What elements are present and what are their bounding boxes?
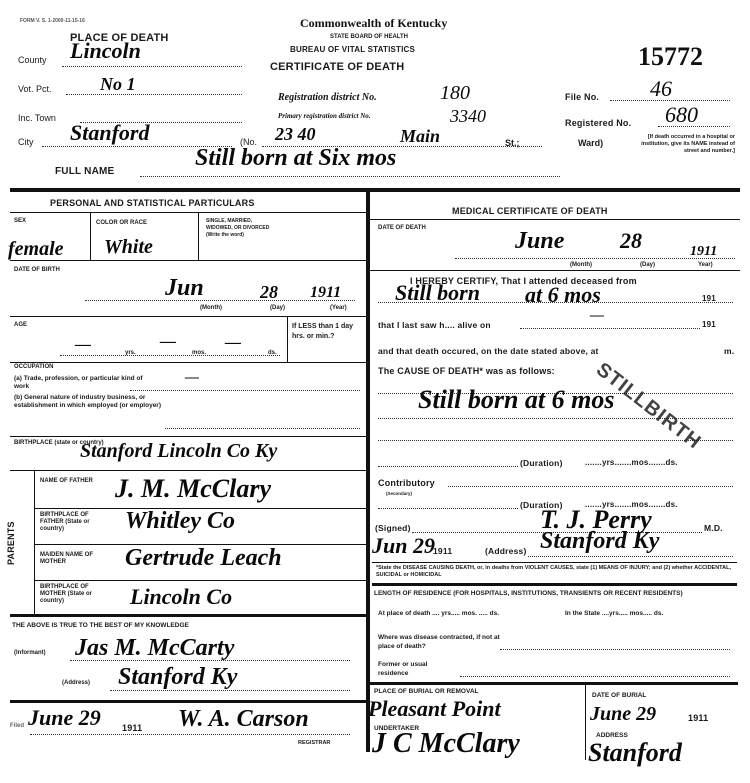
- color-label: COLOR OR RACE: [96, 220, 147, 227]
- duration-units: .......yrs.......mos.......ds.: [585, 458, 678, 467]
- registrar-label: REGISTRAR: [298, 740, 330, 747]
- informant-address-value: Stanford Ky: [118, 664, 237, 691]
- vot-pct-value: No 1: [100, 74, 136, 95]
- filed-label: Filed: [10, 723, 24, 730]
- hospital-note: [If death occurred in a hospital or inst…: [640, 134, 735, 155]
- father-birthplace-label: BIRTHPLACE OF FATHER (State or country): [40, 512, 110, 533]
- age-yrs-value: —: [75, 336, 91, 354]
- form-code: FORM V. S. 1-2000-11-15-16: [20, 18, 85, 25]
- cause-label: The CAUSE OF DEATH* was as follows:: [378, 366, 555, 376]
- mos-label: mos.: [192, 350, 206, 357]
- ds-label: ds.: [268, 350, 277, 357]
- signed-label: (Signed): [375, 523, 411, 533]
- filed-year: 1911: [122, 723, 142, 733]
- occupation-label: OCCUPATION: [14, 364, 53, 371]
- dod-year: 1911: [690, 244, 717, 260]
- burial-place-value: Pleasant Point: [368, 696, 501, 722]
- reg-district-value: 180: [440, 82, 470, 105]
- burial-place-label: PLACE OF BURIAL OR REMOVAL: [374, 688, 478, 695]
- undertaker-address-value: Stanford: [588, 738, 682, 768]
- signed-date: Jun 29: [372, 533, 435, 559]
- dob-year: 1911: [310, 284, 341, 302]
- last-saw-value: —: [590, 308, 604, 324]
- month-caption: (Month): [200, 305, 222, 312]
- county-label: County: [18, 55, 47, 65]
- year-caption: (Year): [330, 305, 347, 312]
- mother-birthplace-label: BIRTHPLACE OF MOTHER (State or country): [40, 584, 110, 605]
- informant-label: (Informant): [14, 650, 46, 657]
- occupation-a-label: (a) Trade, profession, or particular kin…: [14, 375, 144, 391]
- attended-from: Still born: [395, 280, 480, 306]
- line-191-b: 191: [702, 320, 716, 329]
- file-no-value: 46: [650, 76, 672, 102]
- certificate-title: CERTIFICATE OF DEATH: [270, 61, 404, 73]
- death-occurred-text: and that death occured, on the date stat…: [378, 346, 599, 356]
- dod-day-caption: (Day): [640, 262, 655, 269]
- father-name-value: J. M. McClary: [115, 474, 271, 504]
- dod-year-caption: Year): [698, 262, 713, 269]
- burial-date-value: June 29: [590, 703, 656, 726]
- birthplace-value: Stanford Lincoln Co Ky: [80, 440, 277, 463]
- registered-no-value: 680: [665, 102, 698, 128]
- vot-pct-label: Vot. Pct.: [18, 84, 52, 94]
- certificate-number: 15772: [638, 42, 703, 72]
- county-value: Lincoln: [70, 38, 141, 64]
- dod-month: June: [515, 228, 564, 255]
- age-label: AGE: [14, 322, 27, 329]
- primary-reg-value: 3340: [450, 106, 486, 127]
- primary-reg-label: Primary registration district No.: [278, 112, 371, 120]
- reg-district-label: Registration district No.: [278, 92, 377, 103]
- board-title: STATE BOARD OF HEALTH: [330, 34, 408, 41]
- burial-date-label: DATE OF BURIAL: [592, 692, 646, 699]
- marital-label: SINGLE, MARRIED, WIDOWED, OR DIVORCED (W…: [206, 218, 276, 239]
- cause-footnote: *State the DISEASE CAUSING DEATH, or, in…: [376, 565, 736, 579]
- last-saw-text: that I last saw h.... alive on: [378, 320, 491, 330]
- attended-to: at 6 mos: [525, 282, 601, 308]
- duration-label: (Duration): [520, 458, 563, 468]
- residence-label: LENGTH OF RESIDENCE (FOR HOSPITALS, INST…: [374, 590, 736, 598]
- md-label: M.D.: [704, 523, 723, 533]
- informant-address-label: (Address): [62, 680, 90, 687]
- street-no-value: 23 40: [275, 124, 316, 145]
- st-label: St.;: [505, 138, 520, 148]
- city-value: Stanford: [70, 120, 149, 146]
- in-state-label: In the State ....yrs..... mos..... ds.: [565, 609, 735, 618]
- personal-section-title: PERSONAL AND STATISTICAL PARTICULARS: [50, 198, 255, 208]
- m-label: m.: [724, 346, 734, 356]
- cause-value: Still born at 6 mos: [418, 385, 615, 415]
- full-name-label: FULL NAME: [55, 166, 114, 177]
- commonwealth-title: Commonwealth of Kentucky: [300, 16, 447, 31]
- signed-address-label: (Address): [485, 546, 526, 556]
- sex-label: SEX: [14, 218, 26, 225]
- mother-name-value: Gertrude Leach: [125, 545, 282, 572]
- less-than-day-label: If LESS than 1 day hrs. or min.?: [292, 322, 362, 342]
- registered-no-label: Registered No.: [565, 118, 631, 128]
- father-name-label: NAME OF FATHER: [40, 478, 100, 485]
- day-caption: (Day): [270, 305, 285, 312]
- informant-value: Jas M. McCarty: [75, 635, 234, 662]
- street-value: Main: [400, 126, 440, 147]
- signed-year: 1911: [433, 546, 452, 556]
- dob-month: Jun: [165, 275, 204, 302]
- secondary-label: (Secondary): [386, 490, 412, 497]
- ward-label: Ward): [578, 138, 603, 148]
- age-mos-value: —: [160, 333, 176, 351]
- dob-label: DATE OF BIRTH: [14, 267, 60, 274]
- mother-birthplace-value: Lincoln Co: [130, 584, 232, 610]
- undertaker-value: J C McClary: [372, 728, 520, 760]
- burial-year: 1911: [688, 713, 708, 723]
- dod-month-caption: (Month): [570, 262, 592, 269]
- parents-label: PARENTS: [6, 521, 16, 565]
- mother-name-label: MAIDEN NAME OF MOTHER: [40, 552, 110, 566]
- city-label: City: [18, 137, 34, 147]
- dob-day: 28: [260, 282, 278, 303]
- yrs-label: yrs.: [125, 350, 136, 357]
- former-residence-label: Former or usual residence: [378, 660, 458, 678]
- dod-day: 28: [620, 228, 642, 254]
- father-birthplace-value: Whitley Co: [125, 508, 235, 535]
- contributory-label: Contributory: [378, 478, 435, 488]
- inc-town-label: Inc. Town: [18, 113, 56, 123]
- sex-value: female: [8, 238, 64, 261]
- color-value: White: [104, 236, 153, 259]
- signed-address-value: Stanford Ky: [540, 528, 659, 555]
- at-place-label: At place of death .... yrs..... mos. ...…: [378, 609, 538, 618]
- full-name-value: Still born at Six mos: [195, 145, 396, 172]
- medical-section-title: MEDICAL CERTIFICATE OF DEATH: [452, 206, 608, 216]
- line-191-a: 191: [702, 294, 716, 303]
- bureau-title: BUREAU OF VITAL STATISTICS: [290, 45, 415, 54]
- file-no-label: File No.: [565, 92, 599, 102]
- dod-label: DATE OF DEATH: [378, 225, 426, 232]
- age-ds-value: —: [225, 334, 241, 352]
- registrar-signature: W. A. Carson: [178, 706, 309, 733]
- occupation-a-value: —: [185, 370, 199, 386]
- true-statement: THE ABOVE IS TRUE TO THE BEST OF MY KNOW…: [12, 622, 189, 629]
- filed-date: June 29: [28, 705, 101, 731]
- occupation-b-label: (b) General nature of industry business,…: [14, 394, 164, 410]
- contracted-label: Where was disease contracted, if not at …: [378, 633, 508, 651]
